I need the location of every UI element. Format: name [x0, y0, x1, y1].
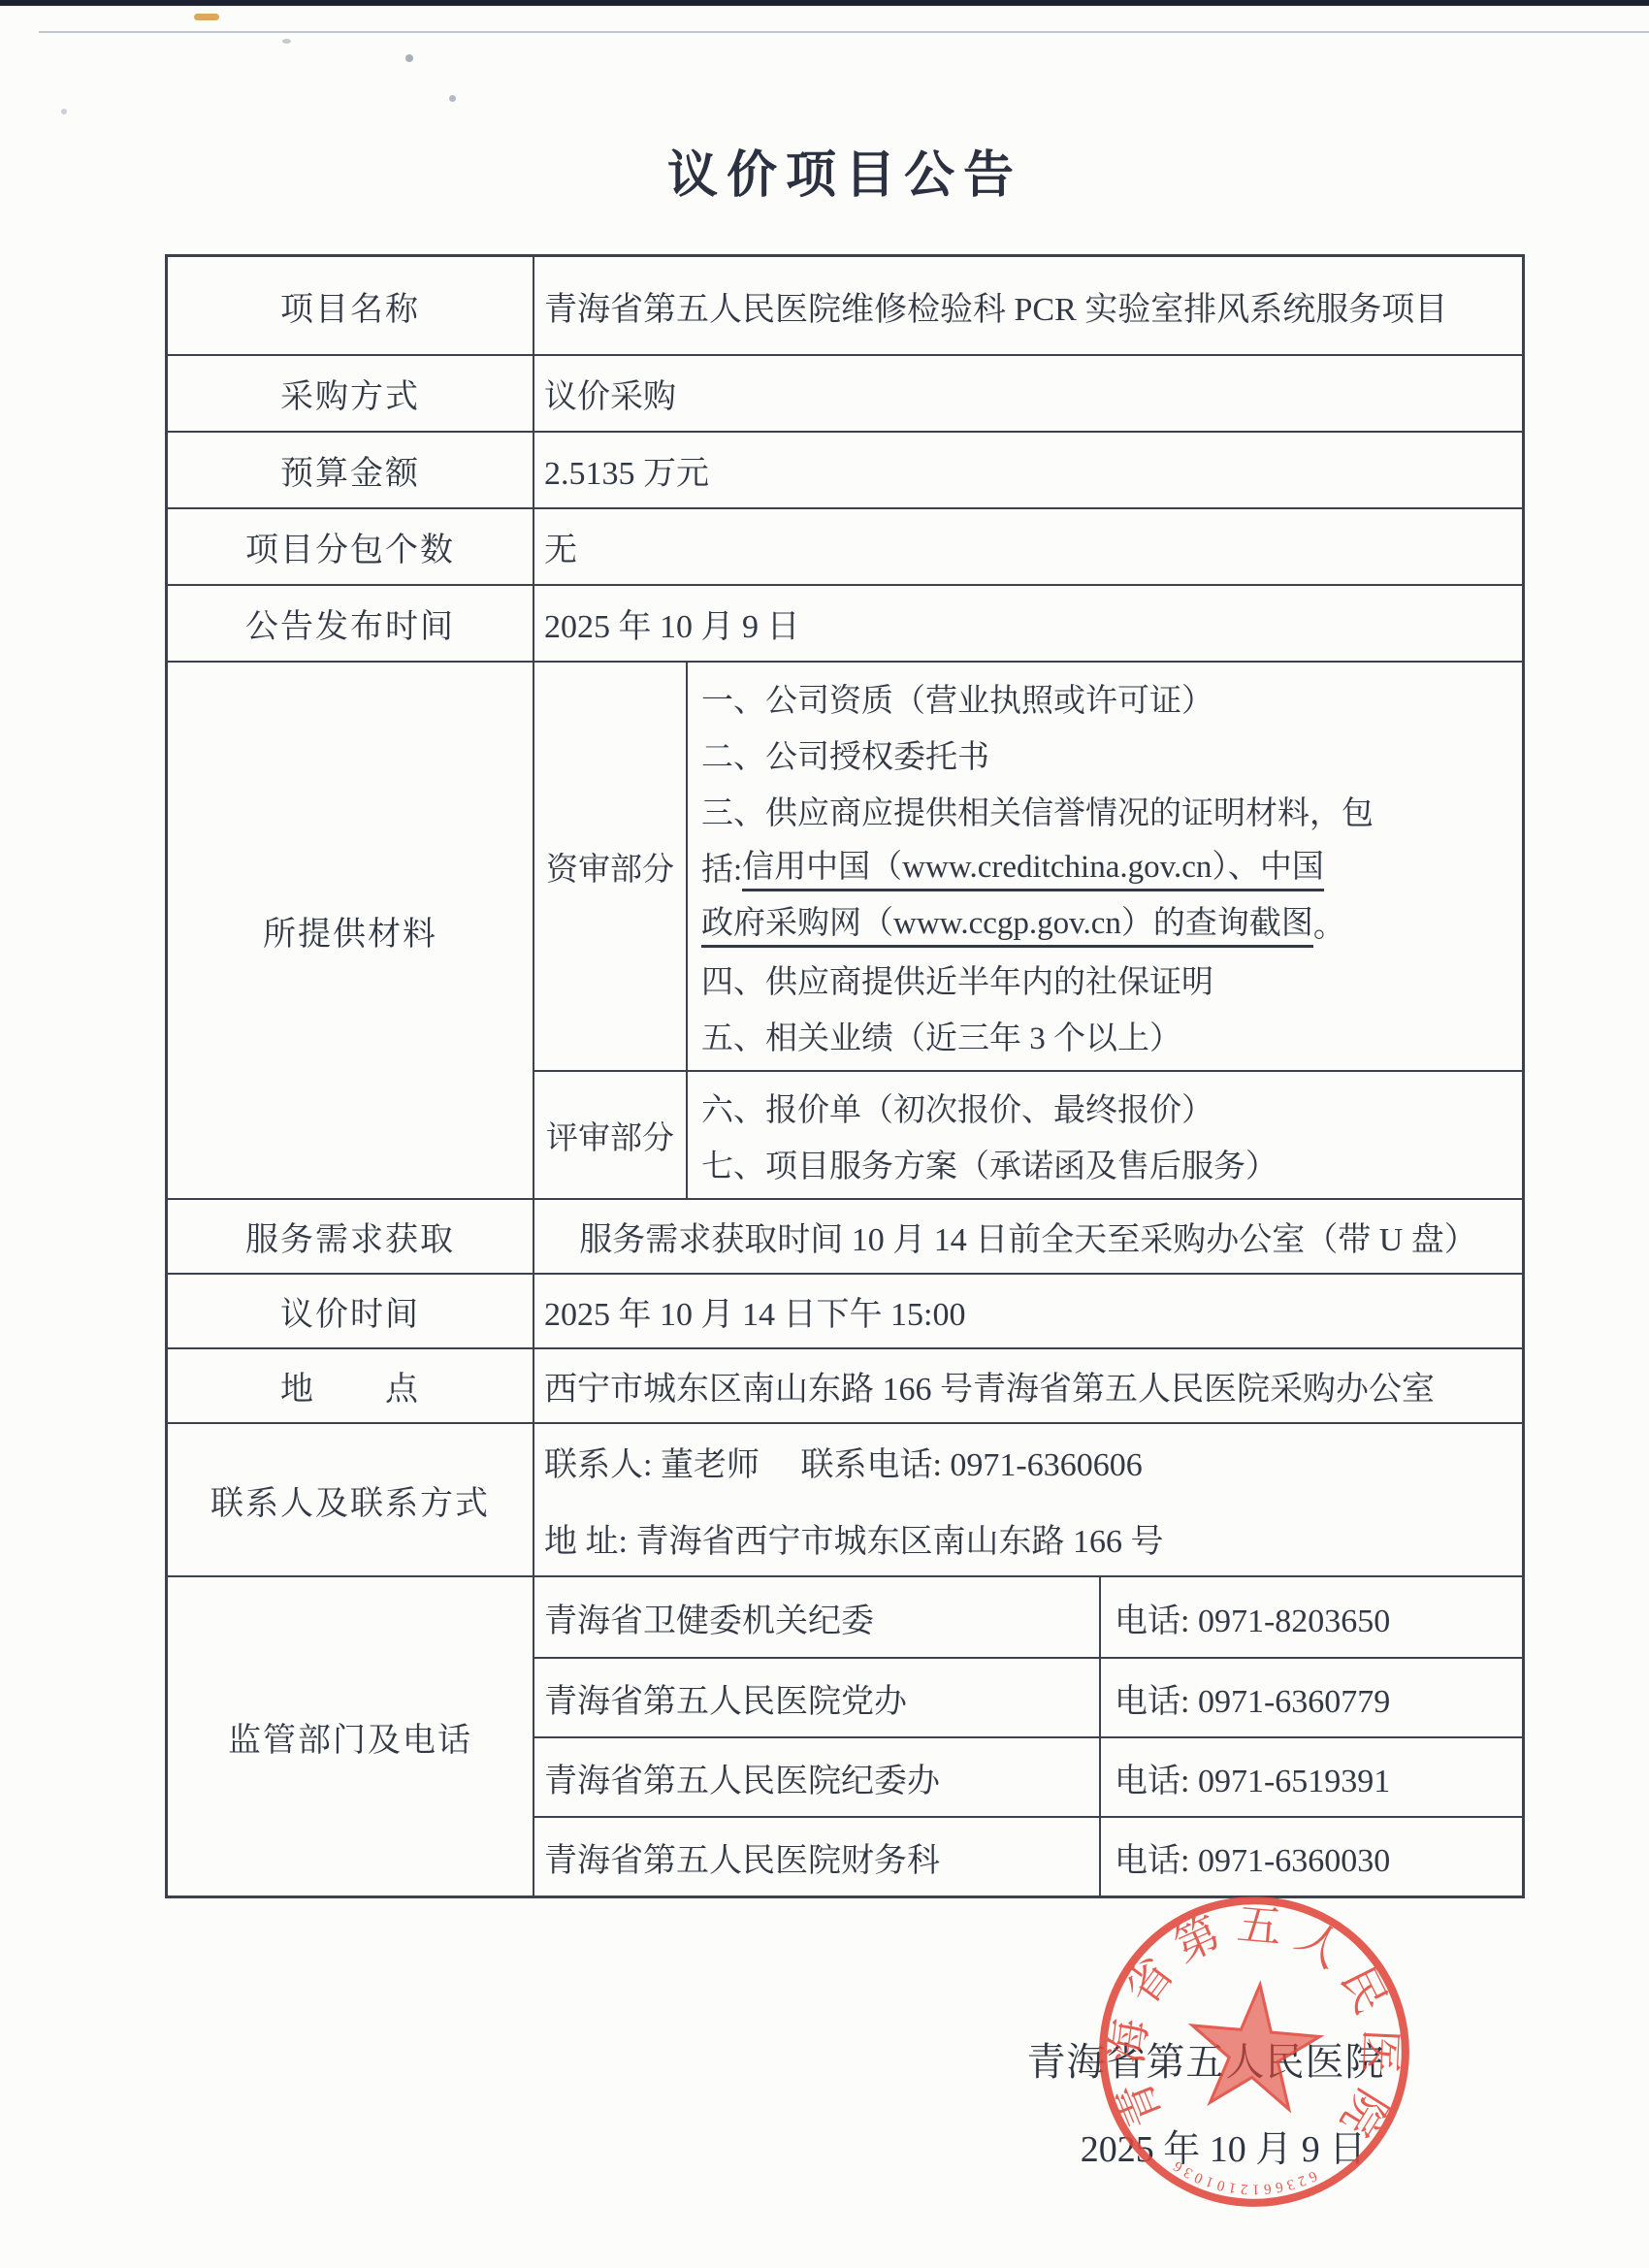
- table-row-materials: 所提供材料 资审部分 一、公司资质（营业执照或许可证）二、公司授权委托书三、供应…: [168, 661, 1522, 1198]
- row-label: 采购方式: [168, 356, 534, 431]
- table-row-project-name: 项目名称 青海省第五人民医院维修检验科 PCR 实验室排风系统服务项目: [168, 257, 1522, 354]
- supervision-row: 青海省第五人民医院纪委办电话: 0971-6519391: [534, 1736, 1522, 1816]
- scan-speck: [61, 109, 67, 114]
- item-text: 六、报价单（初次报价、最终报价）: [701, 1085, 1213, 1130]
- material-item: 七、项目服务方案（承诺函及售后服务）: [701, 1135, 1516, 1191]
- material-item: 四、供应商提供近半年内的社保证明: [701, 951, 1516, 1007]
- materials-section-review: 评审部分 六、报价单（初次报价、最终报价）七、项目服务方案（承诺函及售后服务）: [534, 1070, 1522, 1198]
- item-text: 括:: [701, 844, 742, 890]
- material-item: 六、报价单（初次报价、最终报价）: [701, 1079, 1516, 1135]
- announcement-table: 项目名称 青海省第五人民医院维修检验科 PCR 实验室排风系统服务项目 采购方式…: [165, 254, 1525, 1898]
- page-title: 议价项目公告: [165, 134, 1525, 207]
- table-row-contact: 联系人及联系方式 联系人: 董老师 联系电话: 0971-6360606 地 址…: [168, 1422, 1522, 1575]
- contact-info: 联系人: 董老师 联系电话: 0971-6360606 地 址: 青海省西宁市城…: [534, 1424, 1522, 1575]
- supervision-phone: 电话: 0971-6519391: [1101, 1738, 1522, 1816]
- supervision-department: 青海省第五人民医院党办: [534, 1659, 1101, 1736]
- scan-speck: [282, 39, 291, 44]
- item-text: 七、项目服务方案（承诺函及售后服务）: [701, 1141, 1277, 1186]
- scan-speck: [405, 54, 413, 62]
- supervision-entries: 青海省卫健委机关纪委电话: 0971-8203650青海省第五人民医院党办电话:…: [534, 1577, 1522, 1895]
- contact-person-line: 联系人: 董老师 联系电话: 0971-6360606: [544, 1438, 1522, 1485]
- table-row-publish-time: 公告发布时间 2025 年 10 月 9 日: [168, 584, 1522, 661]
- scanned-announcement-page: 议价项目公告 项目名称 青海省第五人民医院维修检验科 PCR 实验室排风系统服务…: [0, 0, 1649, 2268]
- supervision-row: 青海省卫健委机关纪委电话: 0971-8203650: [534, 1577, 1522, 1657]
- materials-section-qualification: 资审部分 一、公司资质（营业执照或许可证）二、公司授权委托书三、供应商应提供相关…: [534, 663, 1522, 1070]
- row-label: 议价时间: [168, 1275, 534, 1347]
- table-row-budget: 预算金额 2.5135 万元: [168, 431, 1522, 507]
- row-label: 联系人及联系方式: [168, 1424, 534, 1575]
- item-text: 四、供应商提供近半年内的社保证明: [701, 956, 1213, 1002]
- material-item: 括: 信用中国（www.creditchina.gov.cn）、中国: [701, 838, 1516, 894]
- section-items: 一、公司资质（营业执照或许可证）二、公司授权委托书三、供应商应提供相关信誉情况的…: [688, 663, 1522, 1070]
- row-label: 项目名称: [168, 257, 534, 354]
- underlined-reference-text: 政府采购网（www.ccgp.gov.cn）的查询截图: [701, 897, 1313, 948]
- section-name: 资审部分: [534, 663, 688, 1070]
- supervision-row: 青海省第五人民医院财务科电话: 0971-6360030: [534, 1816, 1522, 1895]
- scan-speck: [194, 14, 219, 20]
- supervision-department: 青海省第五人民医院纪委办: [534, 1738, 1101, 1816]
- item-text: 一、公司资质（营业执照或许可证）: [701, 675, 1213, 721]
- table-row-subpackage-count: 项目分包个数 无: [168, 507, 1522, 584]
- material-item: 五、相关业绩（近三年 3 个以上）: [701, 1007, 1516, 1063]
- contact-address-line: 地 址: 青海省西宁市城东区南山东路 166 号: [544, 1514, 1522, 1562]
- scan-speck: [449, 95, 456, 102]
- row-value: 青海省第五人民医院维修检验科 PCR 实验室排风系统服务项目: [534, 257, 1522, 354]
- row-label: 项目分包个数: [168, 509, 534, 584]
- row-value: 2025 年 10 月 9 日: [534, 586, 1522, 661]
- row-value: 议价采购: [534, 356, 1522, 431]
- table-row-supervision: 监管部门及电话 青海省卫健委机关纪委电话: 0971-8203650青海省第五人…: [168, 1575, 1522, 1895]
- row-value: 服务需求获取时间 10 月 14 日前全天至采购办公室（带 U 盘）: [534, 1200, 1522, 1273]
- supervision-phone: 电话: 0971-6360779: [1101, 1659, 1522, 1736]
- stamp-star-icon: [1185, 1979, 1323, 2111]
- row-label: 监管部门及电话: [168, 1577, 534, 1895]
- item-text: 二、公司授权委托书: [701, 731, 989, 777]
- supervision-phone: 电话: 0971-8203650: [1101, 1577, 1522, 1657]
- row-label: 服务需求获取: [168, 1200, 534, 1273]
- row-value: 西宁市城东区南山东路 166 号青海省第五人民医院采购办公室: [534, 1349, 1522, 1422]
- row-label: 地 点: [168, 1349, 534, 1422]
- supervision-department: 青海省第五人民医院财务科: [534, 1818, 1101, 1895]
- row-value: 2.5135 万元: [534, 433, 1522, 507]
- table-row-location: 地 点 西宁市城东区南山东路 166 号青海省第五人民医院采购办公室: [168, 1347, 1522, 1422]
- row-value: 无: [534, 509, 1522, 584]
- material-item: 政府采购网（www.ccgp.gov.cn）的查询截图。: [701, 894, 1516, 951]
- table-row-negotiation-time: 议价时间 2025 年 10 月 14 日下午 15:00: [168, 1273, 1522, 1347]
- section-name: 评审部分: [534, 1072, 688, 1198]
- supervision-row: 青海省第五人民医院党办电话: 0971-6360779: [534, 1657, 1522, 1736]
- underlined-reference-text: 信用中国（www.creditchina.gov.cn）、中国: [742, 841, 1324, 891]
- table-row-procurement-method: 采购方式 议价采购: [168, 354, 1522, 431]
- section-items: 六、报价单（初次报价、最终报价）七、项目服务方案（承诺函及售后服务）: [688, 1072, 1522, 1198]
- official-seal-stamp: 青海省第五人民医院 6236612101036: [1081, 1878, 1428, 2225]
- material-item: 三、供应商应提供相关信誉情况的证明材料，包: [701, 782, 1516, 838]
- item-text: 五、相关业绩（近三年 3 个以上）: [701, 1013, 1181, 1058]
- row-label: 公告发布时间: [168, 586, 534, 661]
- supervision-department: 青海省卫健委机关纪委: [534, 1577, 1101, 1657]
- materials-sections: 资审部分 一、公司资质（营业执照或许可证）二、公司授权委托书三、供应商应提供相关…: [534, 663, 1522, 1198]
- table-row-service-requirement: 服务需求获取 服务需求获取时间 10 月 14 日前全天至采购办公室（带 U 盘…: [168, 1198, 1522, 1273]
- material-item: 二、公司授权委托书: [701, 726, 1516, 782]
- material-item: 一、公司资质（营业执照或许可证）: [701, 669, 1516, 726]
- item-text: 三、供应商应提供相关信誉情况的证明材料，包: [701, 788, 1374, 833]
- scan-fold-line: [39, 31, 1649, 33]
- row-value: 2025 年 10 月 14 日下午 15:00: [534, 1275, 1522, 1347]
- row-label: 预算金额: [168, 433, 534, 507]
- item-text: 。: [1313, 900, 1345, 946]
- row-label: 所提供材料: [168, 663, 534, 1198]
- scan-edge-artifact: [0, 0, 1649, 6]
